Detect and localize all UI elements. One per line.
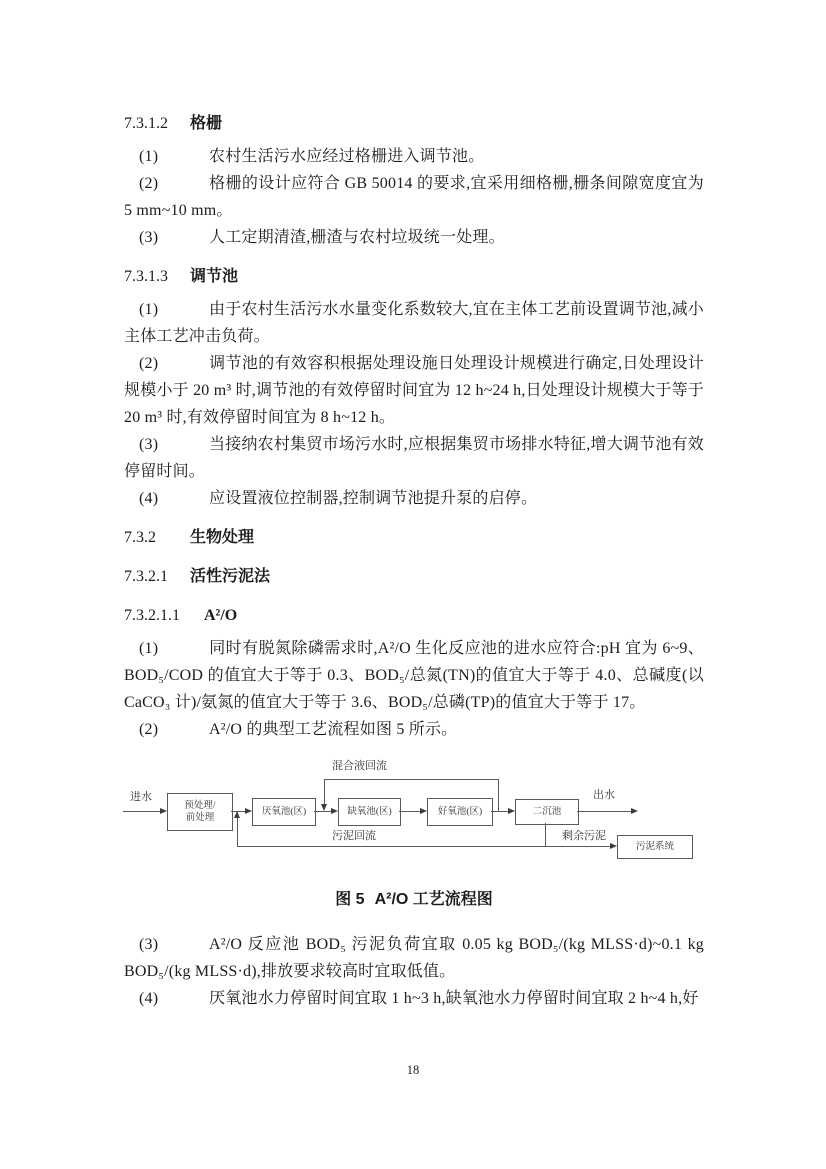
paragraph: (2)调节池的有效容积根据处理设施日处理设计规模进行确定,日处理设计规模小于 2…	[124, 350, 704, 431]
node-label: 预处理/	[184, 800, 215, 812]
node-label: 二沉池	[533, 806, 562, 818]
paragraph: (4)应设置液位控制器,控制调节池提升泵的启停。	[124, 485, 704, 512]
paragraph-text: 厌氧池水力停留时间宜取 1 h~3 h,缺氧池水力停留时间宜取 2 h~4 h,…	[209, 990, 699, 1007]
list-number: (3)	[139, 224, 209, 251]
page-number: 18	[0, 1063, 826, 1078]
heading-number: 7.3.2.1.1	[124, 602, 190, 629]
paragraph-text: 应设置液位控制器,控制调节池提升泵的启停。	[209, 490, 537, 507]
heading-grating: 7.3.1.2格栅	[124, 110, 704, 137]
figure-caption: 图 5A²/O 工艺流程图	[124, 886, 704, 913]
inflow-line	[123, 811, 165, 812]
paragraph-text: 同时有脱氮除磷需求时,A²/O 生化反应池的进水应符合:pH 宜为 6~9、BO…	[124, 640, 704, 711]
heading-title: 活性污泥法	[190, 568, 270, 585]
sludge-return-riser	[237, 814, 238, 847]
paragraph: (4)厌氧池水力停留时间宜取 1 h~3 h,缺氧池水力停留时间宜取 2 h~4…	[124, 985, 704, 1012]
node-anaerobic-tank: 厌氧池(区)	[252, 798, 316, 826]
heading-regulating-tank: 7.3.1.3调节池	[124, 263, 704, 290]
list-number: (1)	[139, 296, 209, 323]
paragraph: (1)由于农村生活污水水量变化系数较大,宜在主体工艺前设置调节池,减小主体工艺冲…	[124, 296, 704, 350]
figure-caption-title: A²/O 工艺流程图	[375, 891, 493, 908]
clarifier-downcomer	[545, 823, 546, 846]
arrowhead-icon	[508, 808, 515, 814]
node-secondary-clarifier: 二沉池	[515, 799, 579, 825]
paragraph: (2)格栅的设计应符合 GB 50014 的要求,宜采用细格栅,栅条间隙宽度宜为…	[124, 170, 704, 224]
arrowhead-icon	[610, 843, 617, 849]
node-label: 前处理	[186, 812, 215, 824]
node-label: 厌氧池(区)	[262, 806, 306, 818]
arrowhead-icon	[160, 808, 167, 814]
list-number: (3)	[139, 931, 209, 958]
figure-a2o-flow: 进水 预处理/ 前处理 厌氧池(区)	[124, 759, 704, 913]
list-number: (3)	[139, 431, 209, 458]
node-pretreatment: 预处理/ 前处理	[167, 793, 233, 831]
process-flow-diagram: 进水 预处理/ 前处理 厌氧池(区)	[110, 759, 710, 874]
mixed-return-downcomer	[324, 779, 325, 805]
node-anoxic-tank: 缺氧池(区)	[338, 798, 401, 826]
figure-caption-number: 图 5	[335, 891, 364, 908]
paragraph-text: 农村生活污水应经过格栅进入调节池。	[209, 148, 484, 165]
list-number: (4)	[139, 985, 209, 1012]
node-aerobic-tank: 好氧池(区)	[427, 798, 493, 826]
node-label: 缺氧池(区)	[347, 806, 391, 818]
heading-title: 生物处理	[190, 529, 254, 546]
arrowhead-icon	[321, 804, 327, 811]
inflow-label: 进水	[130, 791, 152, 804]
outflow-line	[577, 811, 635, 812]
connector-line	[399, 811, 421, 812]
sludge-return-line	[237, 846, 613, 847]
paragraph-text: 由于农村生活污水水量变化系数较大,宜在主体工艺前设置调节池,减小主体工艺冲击负荷…	[124, 301, 704, 345]
heading-biological-treatment: 7.3.2生物处理	[124, 524, 704, 551]
node-label: 污泥系统	[636, 841, 674, 853]
paragraph: (2)A²/O 的典型工艺流程如图 5 所示。	[124, 716, 704, 743]
paragraph-text: A²/O 反应池 BOD₅ 污泥负荷宜取 0.05 kg BOD₅/(kg ML…	[124, 936, 704, 980]
paragraph-text: 调节池的有效容积根据处理设施日处理设计规模进行确定,日处理设计规模小于 20 m…	[124, 355, 704, 426]
paragraph-text: 当接纳农村集贸市场污水时,应根据集贸市场排水特征,增大调节池有效停留时间。	[124, 436, 704, 480]
paragraph-text: A²/O 的典型工艺流程如图 5 所示。	[209, 721, 457, 738]
arrowhead-icon	[234, 811, 240, 818]
arrowhead-icon	[331, 808, 338, 814]
node-label: 好氧池(区)	[438, 806, 482, 818]
page-content: 7.3.1.2格栅 (1)农村生活污水应经过格栅进入调节池。 (2)格栅的设计应…	[124, 98, 704, 1012]
heading-number: 7.3.2	[124, 524, 190, 551]
sludge-return-label: 污泥回流	[332, 830, 376, 843]
arrowhead-icon	[631, 808, 638, 814]
arrowhead-icon	[245, 808, 252, 814]
heading-title: 调节池	[190, 268, 238, 285]
outflow-label: 出水	[593, 789, 615, 802]
paragraph-text: 人工定期清渣,栅渣与农村垃圾统一处理。	[209, 229, 505, 246]
list-number: (2)	[139, 170, 209, 197]
list-number: (1)	[139, 635, 209, 662]
heading-title: 格栅	[190, 115, 222, 132]
paragraph: (3)当接纳农村集贸市场污水时,应根据集贸市场排水特征,增大调节池有效停留时间。	[124, 431, 704, 485]
arrowhead-icon	[420, 808, 427, 814]
heading-a2o: 7.3.2.1.1A²/O	[124, 602, 704, 629]
paragraph: (3)人工定期清渣,栅渣与农村垃圾统一处理。	[124, 224, 704, 251]
paragraph: (3)A²/O 反应池 BOD₅ 污泥负荷宜取 0.05 kg BOD₅/(kg…	[124, 931, 704, 985]
paragraph: (1)农村生活污水应经过格栅进入调节池。	[124, 143, 704, 170]
heading-number: 7.3.1.2	[124, 110, 190, 137]
list-number: (2)	[139, 716, 209, 743]
node-sludge-system: 污泥系统	[617, 835, 693, 859]
heading-activated-sludge: 7.3.2.1活性污泥法	[124, 563, 704, 590]
list-number: (2)	[139, 350, 209, 377]
list-number: (1)	[139, 143, 209, 170]
paragraph-text: 格栅的设计应符合 GB 50014 的要求,宜采用细格栅,栅条间隙宽度宜为 5 …	[124, 175, 704, 219]
document-page: 7.3.1.2格栅 (1)农村生活污水应经过格栅进入调节池。 (2)格栅的设计应…	[0, 0, 826, 1169]
heading-number: 7.3.1.3	[124, 263, 190, 290]
mixed-return-line	[324, 779, 499, 780]
heading-number: 7.3.2.1	[124, 563, 190, 590]
excess-sludge-label: 剩余污泥	[562, 830, 606, 843]
paragraph: (1)同时有脱氮除磷需求时,A²/O 生化反应池的进水应符合:pH 宜为 6~9…	[124, 635, 704, 716]
mixed-return-riser	[498, 779, 499, 811]
connector-line	[491, 811, 509, 812]
heading-title: A²/O	[204, 607, 237, 624]
list-number: (4)	[139, 485, 209, 512]
mixed-return-label: 混合液回流	[332, 760, 387, 773]
